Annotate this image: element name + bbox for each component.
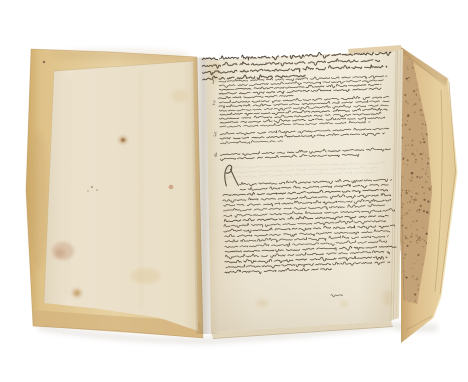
- stain: [256, 299, 268, 307]
- stain: [87, 190, 89, 192]
- stain: [383, 290, 393, 306]
- stain: [172, 90, 188, 102]
- manuscript-photo: 1234: [0, 0, 468, 382]
- stain: [130, 268, 160, 284]
- stain: [340, 301, 348, 307]
- paragraph-1-marker: 1: [212, 80, 216, 86]
- photo-frame: 1234: [0, 0, 468, 382]
- stain: [121, 138, 125, 142]
- paragraph-2-marker: 2: [211, 101, 216, 107]
- stain: [96, 189, 98, 191]
- stain: [91, 186, 93, 188]
- pastedown: [43, 61, 198, 331]
- stain: [55, 249, 65, 258]
- stain: [75, 291, 80, 295]
- stain: [169, 185, 174, 189]
- paragraph-4-marker: 4: [213, 153, 218, 159]
- stain: [43, 61, 45, 63]
